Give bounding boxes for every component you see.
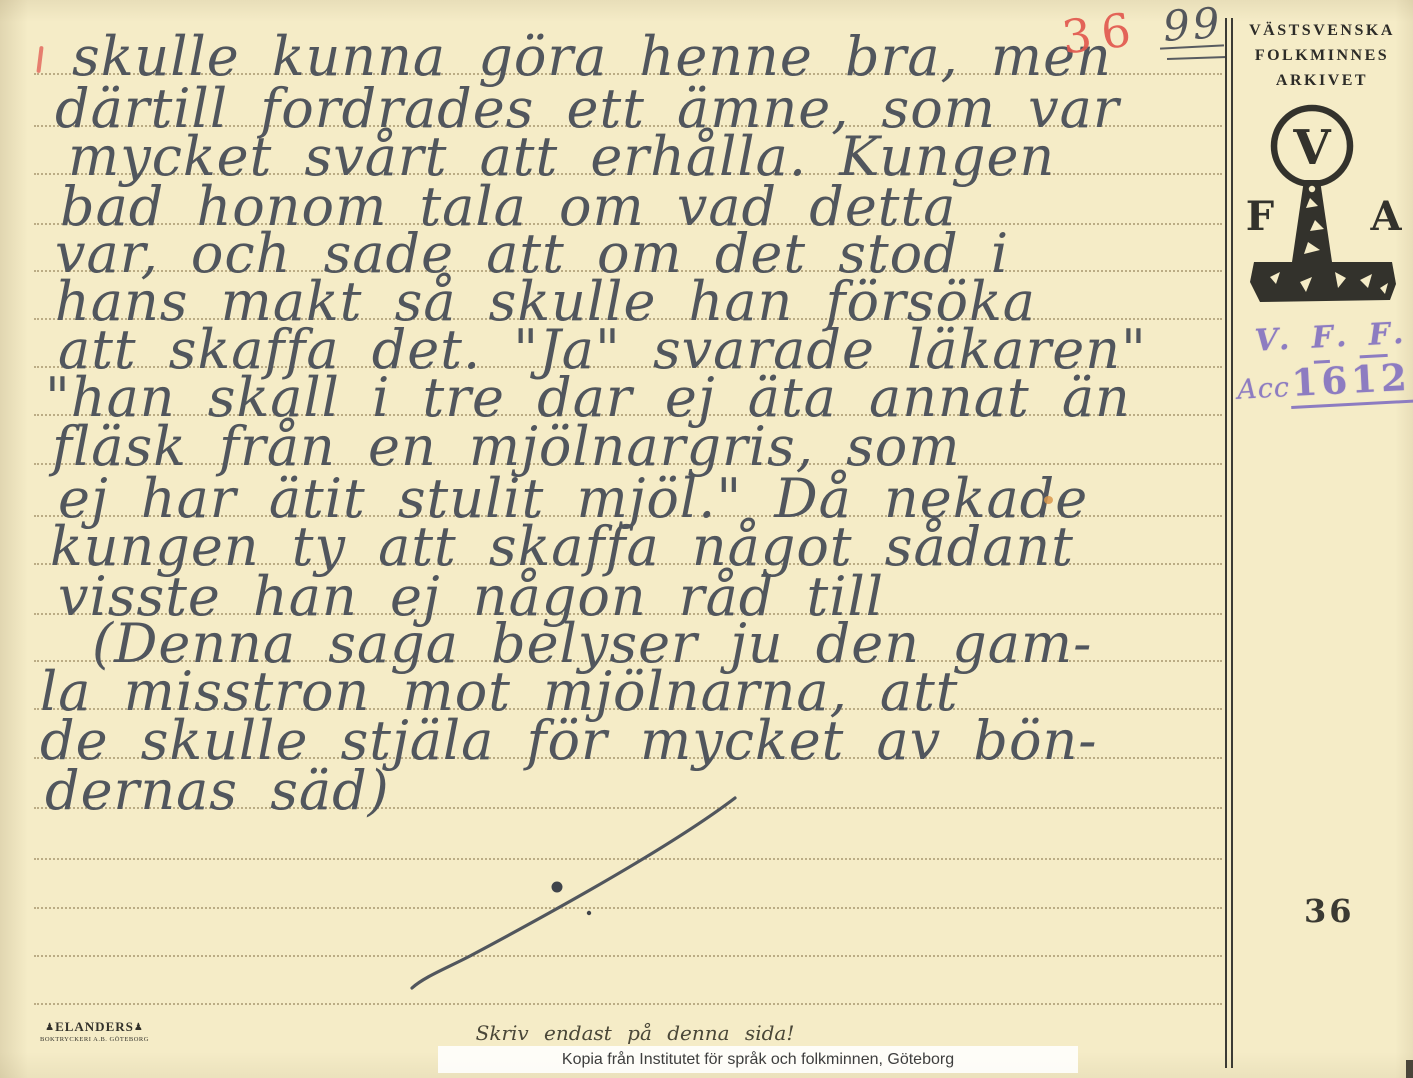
- pencil-number: 99: [1161, 0, 1224, 51]
- logo-letter-v: V: [1292, 120, 1331, 176]
- archive-name: VÄSTSVENSKA FOLKMINNES ARKIVET: [1238, 18, 1406, 93]
- stamp-initials: V. F. F.: [1254, 315, 1413, 359]
- red-crayon-number: 36: [1059, 1, 1144, 64]
- handwriting-line: dernas säd): [45, 764, 390, 818]
- stamp-acc-label: Acc: [1236, 372, 1290, 406]
- pen-flourish: [380, 780, 760, 1010]
- scanned-archive-card: skulle kunna göra henne bra, men därtill…: [0, 0, 1413, 1078]
- archive-name-line: ARKIVET: [1238, 68, 1406, 93]
- printed-page-number: 36: [1304, 892, 1355, 930]
- archive-name-line: FOLKMINNES: [1238, 43, 1406, 68]
- printer-ornament-icon: ♟: [45, 1022, 55, 1033]
- thors-hammer-logo-icon: V F A: [1240, 102, 1405, 314]
- logo-letter-f: F: [1246, 193, 1274, 240]
- copy-notice-band: Kopia från Institutet för språk och folk…: [438, 1046, 1078, 1073]
- printer-imprint: ♟ELANDERS♟ BOKTRYCKERI A.B. GÖTEBORG: [40, 1019, 149, 1043]
- handwriting-line: skulle kunna göra henne bra, men: [72, 30, 1112, 84]
- accession-stamp: V. F. F. Acc 1612: [1234, 315, 1413, 412]
- archive-name-line: VÄSTSVENSKA: [1238, 18, 1406, 43]
- copy-notice: Kopia från Institutet för språk och folk…: [438, 1046, 1078, 1073]
- margin-rule: [1225, 18, 1233, 1068]
- write-only-this-side-note: Skriv endast på denna sida!: [455, 1021, 815, 1045]
- printer-ornament-icon: ♟: [134, 1022, 144, 1033]
- scan-corner-shadow: [1406, 1060, 1413, 1078]
- stamp-acc-number: 1612: [1289, 354, 1413, 409]
- printer-subline: BOKTRYCKERI A.B. GÖTEBORG: [40, 1036, 149, 1043]
- paper-stain: [1044, 496, 1053, 504]
- handwriting-line: fläsk från en mjölnargris, som: [52, 420, 961, 474]
- printer-name: ELANDERS: [55, 1019, 134, 1034]
- logo-letter-a: A: [1369, 193, 1402, 240]
